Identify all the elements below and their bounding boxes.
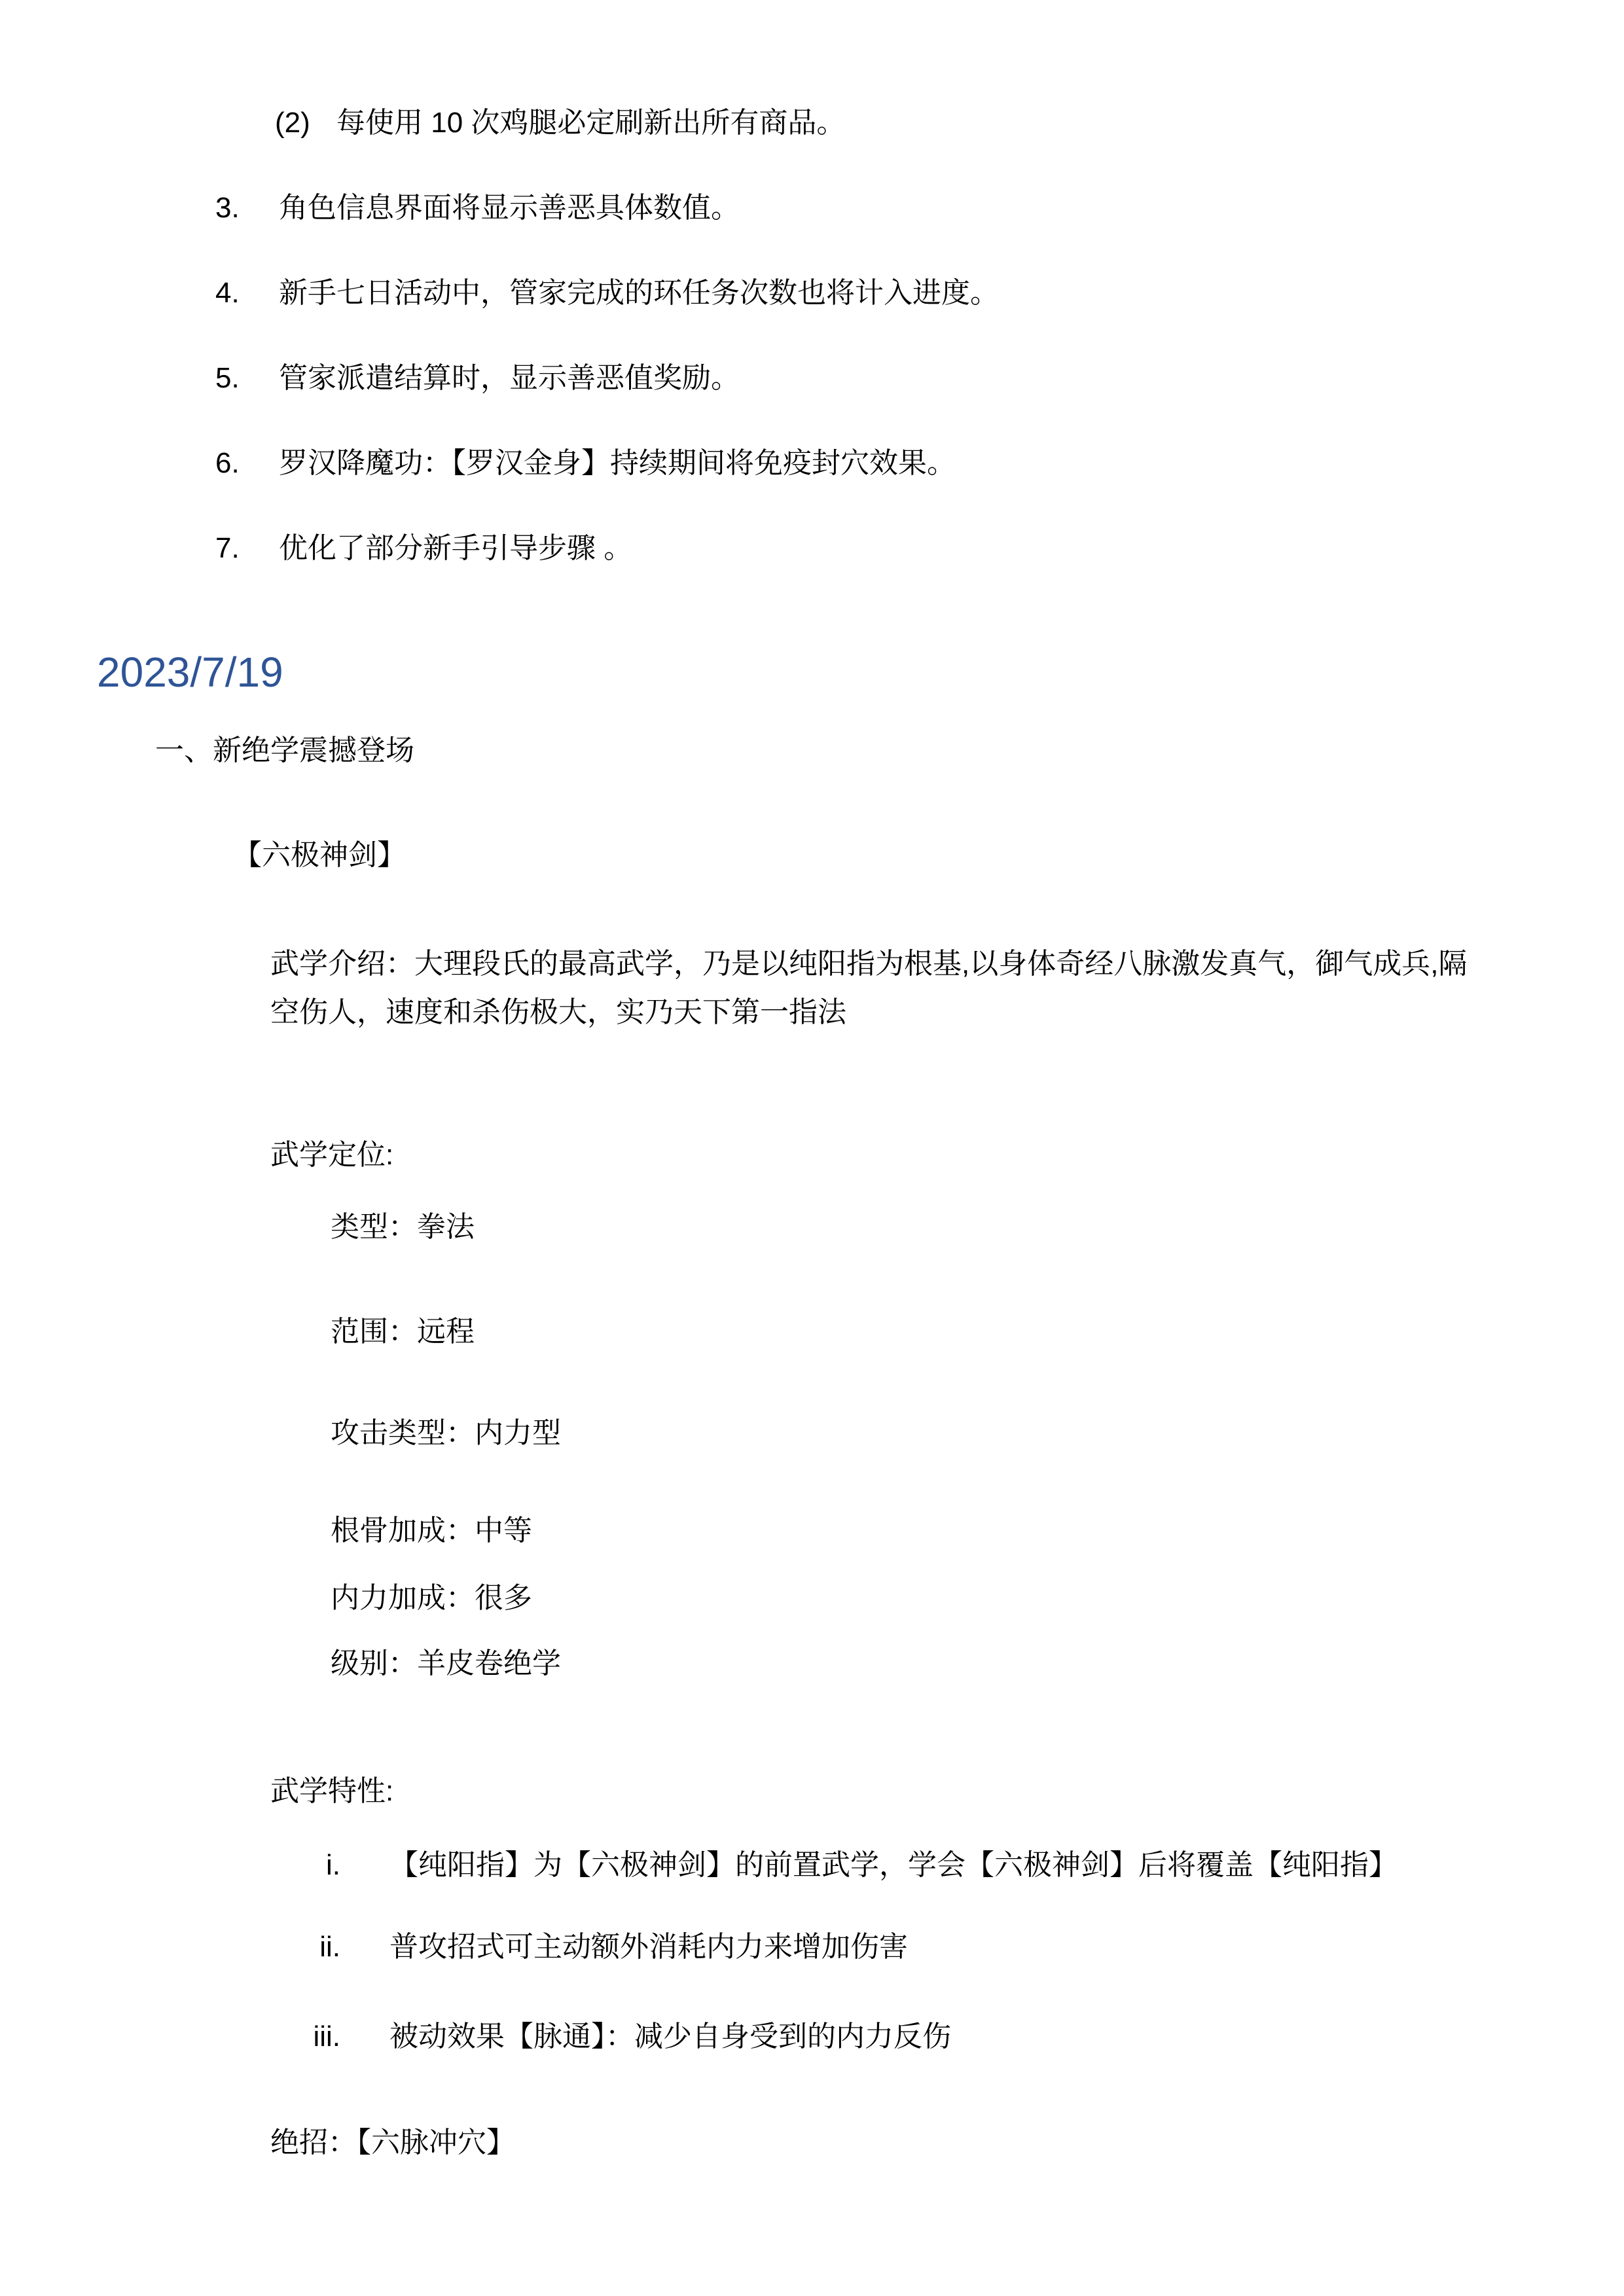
list-text: 罗汉降魔功：【罗汉金身】持续期间将免疫封穴效果。	[279, 447, 956, 479]
list-item-5: 5.管家派遣结算时，显示善恶值奖励。	[215, 359, 1624, 398]
trait-text: 被动效果【脉通】：减少自身受到的内力反伤	[389, 2020, 951, 2053]
list-marker: (2)	[275, 103, 336, 143]
list-text: 新手七日活动中，管家完成的环任务次数也将计入进度。	[279, 277, 999, 309]
positioning-type: 类型：拳法	[331, 1208, 1624, 1247]
skill-name: 【六极神剑】	[233, 836, 1624, 875]
stat-grade: 级别：羊皮卷绝学	[331, 1644, 1624, 1683]
trait-item-ii: ii.普攻招式可主动额外消耗内力来增加伤害	[262, 1928, 1624, 1967]
list-item-sub-2: (2)每使用 10 次鸡腿必定刷新出所有商品。	[275, 103, 1624, 143]
positioning-attack-type: 攻击类型：内力型	[331, 1414, 1624, 1453]
list-marker: 6.	[215, 444, 279, 483]
trait-text: 普攻招式可主动额外消耗内力来增加伤害	[389, 1931, 908, 1963]
section-title: 一、新绝学震撼登场	[155, 731, 1624, 770]
list-text: 每使用 10 次鸡腿必定刷新出所有商品。	[336, 107, 845, 139]
list-item-4: 4.新手七日活动中，管家完成的环任务次数也将计入进度。	[215, 274, 1624, 313]
trait-marker: ii.	[262, 1928, 340, 1967]
list-item-3: 3.角色信息界面将显示善恶具体数值。	[215, 188, 1624, 228]
trait-item-iii: iii.被动效果【脉通】：减少自身受到的内力反伤	[262, 2017, 1624, 2056]
list-text: 优化了部分新手引导步骤 。	[279, 532, 632, 564]
ultimate-label: 绝招：【六脉冲穴】	[270, 2123, 1624, 2162]
list-item-7: 7.优化了部分新手引导步骤 。	[215, 529, 1624, 568]
stat-internal-bonus: 内力加成：很多	[331, 1579, 1624, 1618]
traits-label: 武学特性:	[270, 1772, 1624, 1811]
list-marker: 5.	[215, 359, 279, 398]
trait-marker: iii.	[262, 2017, 340, 2056]
skill-intro-paragraph: 武学介绍：大理段氏的最高武学，乃是以纯阳指为根基,以身体奇经八脉激发真气，御气成…	[270, 940, 1566, 1037]
list-marker: 4.	[215, 274, 279, 313]
positioning-range: 范围：远程	[331, 1312, 1624, 1352]
trait-text: 【纯阳指】为【六极神剑】的前置武学，学会【六极神剑】后将覆盖【纯阳指】	[389, 1849, 1398, 1881]
list-text: 角色信息界面将显示善恶具体数值。	[279, 192, 740, 224]
trait-marker: i.	[262, 1846, 340, 1885]
document-page: (2)每使用 10 次鸡腿必定刷新出所有商品。 3.角色信息界面将显示善恶具体数…	[0, 0, 1624, 2296]
list-text: 管家派遣结算时，显示善恶值奖励。	[279, 362, 740, 394]
date-heading: 2023/7/19	[97, 645, 1624, 700]
stat-bone-bonus: 根骨加成：中等	[331, 1511, 1624, 1551]
list-marker: 7.	[215, 529, 279, 568]
positioning-label: 武学定位:	[270, 1136, 1624, 1175]
list-marker: 3.	[215, 188, 279, 228]
list-item-6: 6.罗汉降魔功：【罗汉金身】持续期间将免疫封穴效果。	[215, 444, 1624, 483]
trait-item-i: i.【纯阳指】为【六极神剑】的前置武学，学会【六极神剑】后将覆盖【纯阳指】	[262, 1846, 1624, 1885]
